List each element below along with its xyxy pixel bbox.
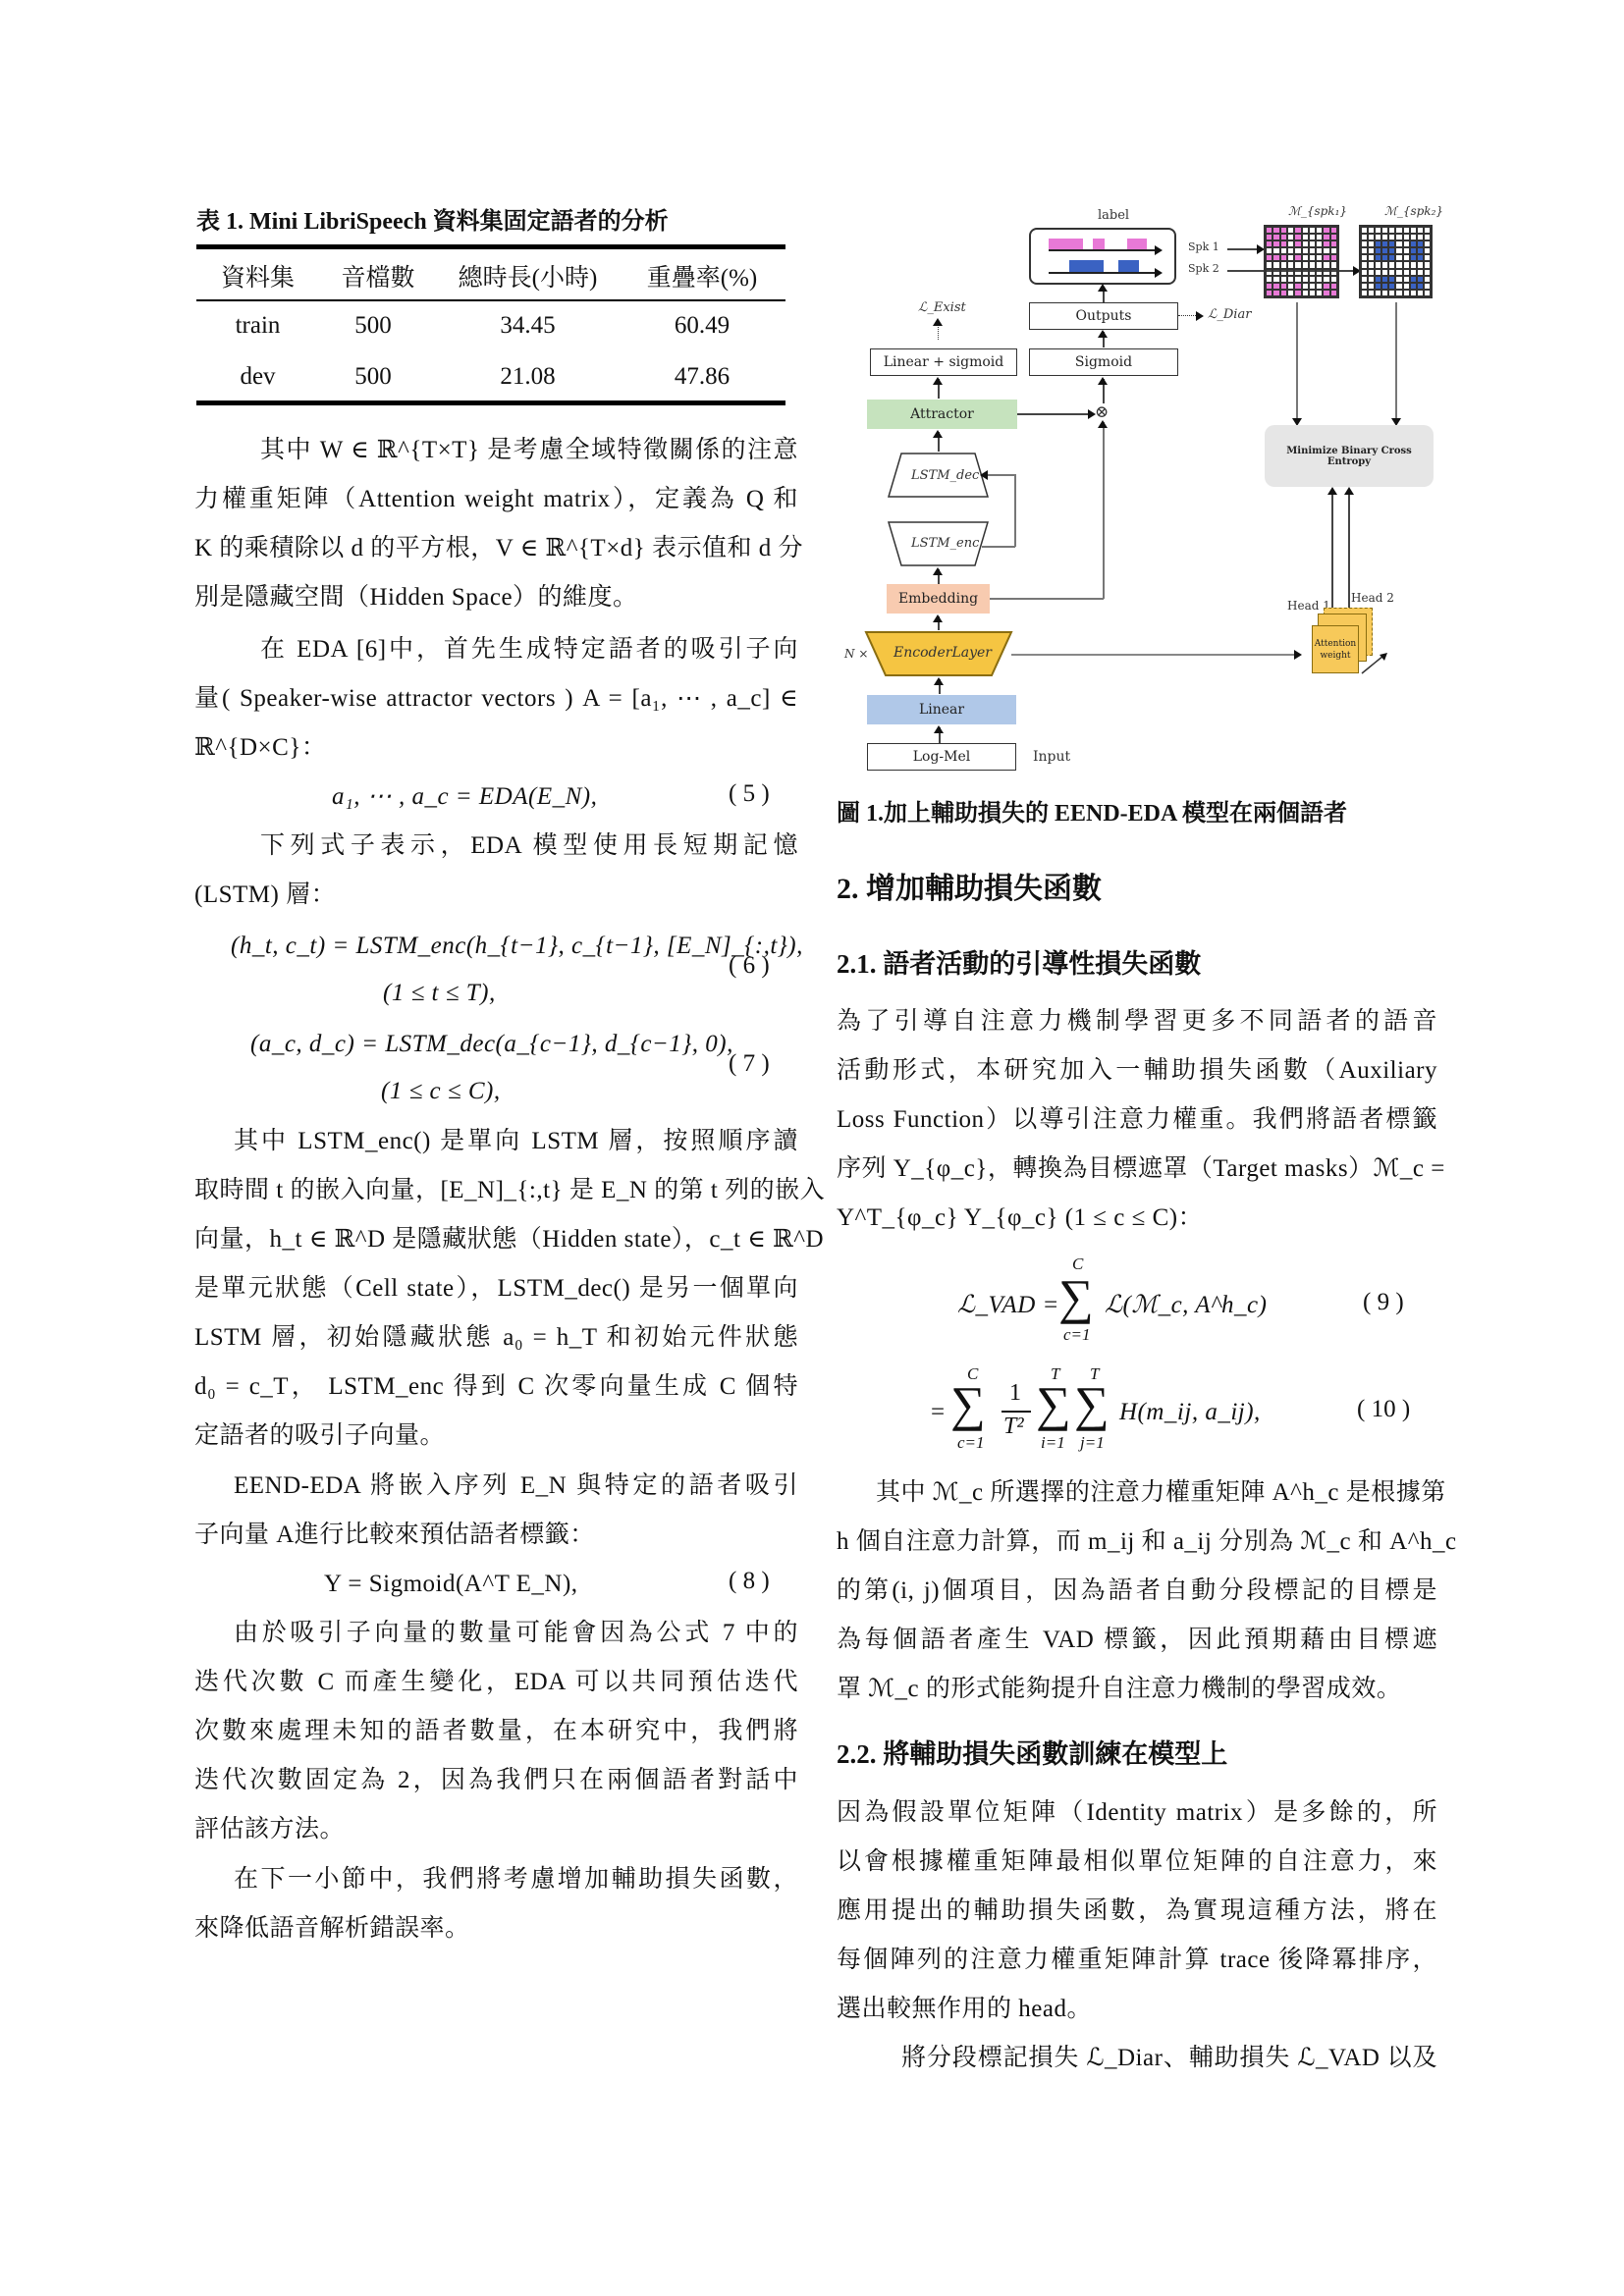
text-line: 因為假設單位矩陣（Identity matrix）是多餘的，所: [837, 1796, 1437, 1830]
mask-cell: [1388, 283, 1395, 290]
mask-cell: [1403, 234, 1410, 240]
linear-sigmoid-box: Linear + sigmoid: [870, 348, 1017, 376]
mask-cell: [1375, 247, 1381, 254]
table-cell: 34.45: [437, 312, 619, 340]
mask-cell: [1266, 276, 1272, 283]
summation-icon: ∑: [950, 1379, 986, 1428]
text-line: 取時間 t 的嵌入向量，[E_N]_{:,t} 是 E_N 的第 t 列的嵌入: [194, 1174, 798, 1207]
arrow-right-icon: [1294, 650, 1302, 660]
mask-cell: [1375, 290, 1381, 296]
text-line: 的第(i, j)個項目，因為語者自動分段標記的目標是: [837, 1575, 1437, 1608]
arrow-right-icon: [1088, 409, 1096, 419]
mask-cell: [1381, 283, 1388, 290]
mask-cell: [1302, 283, 1309, 290]
mask-cell: [1323, 234, 1329, 240]
spk2-segment: [1118, 260, 1139, 272]
attractor-box: Attractor: [867, 400, 1017, 429]
mask-cell: [1309, 234, 1316, 240]
mask-cell: [1381, 276, 1388, 283]
section-2-1-heading: 2.1. 語者活動的引導性損失函數: [837, 942, 1201, 981]
table-title: 表 1. Mini LibriSpeech 資料集固定語者的分析: [196, 201, 669, 236]
table-cell: 60.49: [619, 312, 785, 340]
mask-cell: [1323, 269, 1329, 276]
mask-cell: [1330, 283, 1337, 290]
text-line: 量( Speaker-wise attractor vectors ) A = …: [194, 682, 798, 716]
mask-cell: [1381, 227, 1388, 234]
mask-cell: [1368, 240, 1375, 247]
mask-cell: [1417, 290, 1424, 296]
equation-number: ( 7 ): [729, 1050, 770, 1078]
mask-cell: [1323, 261, 1329, 268]
mask-cell: [1361, 240, 1368, 247]
mask-cell: [1403, 290, 1410, 296]
arrow-up-icon: [933, 614, 943, 622]
equation-condition: (1 ≤ c ≤ C),: [381, 1075, 501, 1108]
mask-cell: [1361, 261, 1368, 268]
multiply-icon: ⊗: [1095, 402, 1109, 422]
mask-cell: [1424, 227, 1431, 234]
sum-bottom: c=1: [957, 1433, 985, 1453]
mask-cell: [1381, 269, 1388, 276]
arrow-up-icon: [1098, 420, 1108, 428]
mask-cell: [1417, 276, 1424, 283]
mask-cell: [1294, 254, 1301, 261]
sum-bottom: i=1: [1041, 1433, 1065, 1453]
embedding-to-otimes-line: [990, 598, 1104, 600]
attractor-label: Attractor: [910, 406, 974, 422]
arrow-up-icon: [933, 430, 943, 438]
mask-cell: [1424, 290, 1431, 296]
mask-cell: [1309, 283, 1316, 290]
lstm-enc-label: LSTM_enc: [911, 536, 979, 551]
arrow-right-icon: [1155, 245, 1163, 255]
table-header-cell: 資料集: [196, 258, 319, 294]
table-header-cell: 音檔數: [319, 258, 437, 294]
mask-cell: [1280, 254, 1287, 261]
mask-cell: [1410, 261, 1417, 268]
mask-cell: [1375, 254, 1381, 261]
mask-cell: [1417, 247, 1424, 254]
mask-cell: [1424, 283, 1431, 290]
text-line: 在下一小節中，我們將考慮增加輔助損失函數，: [234, 1863, 798, 1896]
mask-cell: [1316, 276, 1323, 283]
linear-box: Linear: [867, 695, 1016, 724]
mask-cell: [1302, 290, 1309, 296]
mask-cell: [1302, 254, 1309, 261]
mask-cell: [1294, 261, 1301, 268]
mask-spk2-grid: [1359, 225, 1433, 298]
arrow-up-icon: [933, 318, 943, 326]
text-line: 每個陣列的注意力權重矩陣計算 trace 後降冪排序，: [837, 1944, 1437, 1977]
mask-cell: [1375, 227, 1381, 234]
mask-cell: [1403, 283, 1410, 290]
mask-cell: [1309, 247, 1316, 254]
table-cell: train: [196, 312, 319, 340]
spk2-label: Spk 2: [1188, 262, 1219, 275]
text-line: 活動形式，本研究加入一輔助損失函數（Auxiliary: [837, 1054, 1437, 1088]
text-line: 應用提出的輔助損失函數，為實現這種方法，將在: [837, 1895, 1437, 1928]
mask-cell: [1330, 254, 1337, 261]
text-line: ℝ^{D×C}：: [194, 731, 326, 765]
mask-cell: [1388, 276, 1395, 283]
table-cell: 21.08: [437, 363, 619, 391]
sum-bottom: c=1: [1063, 1325, 1091, 1345]
fraction-numerator: 1: [1009, 1380, 1021, 1407]
mask-cell: [1266, 227, 1272, 234]
mask-cell: [1294, 290, 1301, 296]
text-line: K 的乘積除以 d 的平方根，V ∈ ℝ^{T×d} 表示值和 d 分: [194, 532, 798, 565]
mask-cell: [1330, 227, 1337, 234]
mask-cell: [1395, 240, 1402, 247]
mask-cell: [1410, 227, 1417, 234]
spk2-segment: [1069, 260, 1104, 272]
mask-cell: [1323, 254, 1329, 261]
mask-cell: [1287, 283, 1294, 290]
arrow-up-icon: [1098, 377, 1108, 385]
mask-cell: [1302, 227, 1309, 234]
mask-cell: [1388, 240, 1395, 247]
section-2-heading: 2. 增加輔助損失函數: [837, 864, 1102, 907]
mask-cell: [1287, 240, 1294, 247]
mask-cell: [1287, 254, 1294, 261]
text-line: 評估該方法。: [194, 1813, 345, 1846]
arrow-up-icon: [1098, 330, 1108, 338]
mask-cell: [1395, 290, 1402, 296]
table-header-cell: 總時長(小時): [437, 258, 619, 294]
embedding-label: Embedding: [898, 591, 978, 607]
mask-cell: [1381, 234, 1388, 240]
mask-cell: [1403, 254, 1410, 261]
mask-cell: [1323, 283, 1329, 290]
mask-cell: [1316, 283, 1323, 290]
mask-cell: [1403, 276, 1410, 283]
text-line: 序列 Y_{φ_c}，轉換為目標遮罩（Target masks）ℳ_c =: [837, 1152, 1437, 1186]
log-mel-label: Log-Mel: [913, 749, 971, 765]
text-line: 力權重矩陣（Attention weight matrix），定義為 Q 和: [194, 483, 798, 516]
mask-cell: [1280, 276, 1287, 283]
mask-cell: [1294, 227, 1301, 234]
mask-cell: [1395, 247, 1402, 254]
mask-cell: [1266, 269, 1272, 276]
mask-cell: [1309, 290, 1316, 296]
text-line: (LSTM) 層：: [194, 879, 336, 912]
spk1-segment: [1049, 239, 1083, 249]
equation-rhs: H(m_ij, a_ij),: [1119, 1396, 1261, 1429]
mask-cell: [1309, 261, 1316, 268]
text-line: EEND-EDA 將嵌入序列 E_N 與特定的語者吸引: [234, 1469, 798, 1503]
mask-cell: [1266, 247, 1272, 254]
mask-cell: [1309, 254, 1316, 261]
equation-number: ( 10 ): [1357, 1396, 1410, 1423]
mask-cell: [1417, 227, 1424, 234]
arrow-left-icon: [980, 470, 988, 480]
mask-cell: [1316, 240, 1323, 247]
text-line: d₀ = c_T， LSTM_enc 得到 C 次零向量生成 C 個特: [194, 1370, 798, 1404]
mask-cell: [1272, 247, 1279, 254]
table-cell: 500: [319, 312, 427, 340]
mask-cell: [1287, 261, 1294, 268]
mask-cell: [1294, 247, 1301, 254]
text-line: 來降低語音解析錯誤率。: [194, 1912, 470, 1946]
mask-cell: [1388, 234, 1395, 240]
equation-number: ( 5 ): [729, 780, 770, 808]
mask-cell: [1272, 283, 1279, 290]
text-line: 將分段標記損失 ℒ_Diar、輔助損失 ℒ_VAD 以及: [901, 2042, 1437, 2075]
mask-cell: [1368, 254, 1375, 261]
mask-cell: [1272, 276, 1279, 283]
bce-label: Minimize Binary Cross Entropy: [1284, 446, 1414, 467]
mask-cell: [1403, 227, 1410, 234]
mask-cell: [1417, 240, 1424, 247]
equation-rhs: ℒ(ℳ_c, A^h_c): [1105, 1289, 1267, 1322]
mask-cell: [1410, 240, 1417, 247]
mask-cell: [1280, 269, 1287, 276]
text-line: 以會根據權重矩陣最相似單位矩陣的自注意力，來: [837, 1845, 1437, 1879]
mask-cell: [1330, 240, 1337, 247]
mask-cell: [1375, 261, 1381, 268]
mask-cell: [1368, 247, 1375, 254]
mask-cell: [1424, 261, 1431, 268]
text-line: h 個自注意力計算，而 m_ij 和 a_ij 分別為 ℳ_c 和 A^h_c: [837, 1525, 1437, 1559]
mask-cell: [1361, 234, 1368, 240]
mask-cell: [1280, 227, 1287, 234]
mask-cell: [1403, 240, 1410, 247]
mask-cell: [1280, 240, 1287, 247]
equation-condition: (1 ≤ t ≤ T),: [383, 977, 496, 1010]
mask-cell: [1272, 240, 1279, 247]
embedding-to-otimes-line: [1103, 422, 1105, 599]
encoder-to-attention-line: [1011, 654, 1296, 656]
mask-cell: [1410, 254, 1417, 261]
mask-cell: [1302, 269, 1309, 276]
mask-cell: [1280, 283, 1287, 290]
mask-cell: [1272, 227, 1279, 234]
mask-spk1-grid: [1264, 225, 1339, 298]
mask-cell: [1381, 254, 1388, 261]
mask-cell: [1424, 247, 1431, 254]
equation-body: a₁, ⋯ , a_c = EDA(E_N),: [332, 780, 597, 814]
mask-cell: [1361, 290, 1368, 296]
arrow-up-icon: [1098, 284, 1108, 292]
mask-cell: [1381, 261, 1388, 268]
arrow-right-icon: [1196, 311, 1204, 321]
mask-cell: [1381, 290, 1388, 296]
mask-cell: [1395, 234, 1402, 240]
text-line: 迭代次數固定為 2，因為我們只在兩個語者對話中: [194, 1764, 798, 1797]
text-line: 為了引導自注意力機制學習更多不同語者的語音: [837, 1005, 1437, 1039]
text-line: 次數來處理未知的語者數量，在本研究中，我們將: [194, 1715, 798, 1748]
table-cell: 500: [319, 363, 427, 391]
mask-cell: [1368, 227, 1375, 234]
mask-cell: [1280, 290, 1287, 296]
mask-cell: [1403, 247, 1410, 254]
mask-cell: [1272, 261, 1279, 268]
log-mel-box: Log-Mel: [867, 743, 1016, 771]
text-line: 在 EDA [6]中，首先生成特定語者的吸引子向: [260, 633, 798, 667]
mask-cell: [1424, 276, 1431, 283]
linear-label: Linear: [919, 702, 964, 718]
mask-cell: [1424, 269, 1431, 276]
mask-spk2-label: ℳ_{spk₂}: [1384, 204, 1443, 218]
attention-weight-box: Attention weight: [1312, 625, 1359, 673]
mask-cell: [1287, 247, 1294, 254]
mask-cell: [1309, 276, 1316, 283]
text-line: 其中 LSTM_enc() 是單向 LSTM 層，按照順序讀: [234, 1125, 798, 1158]
equation-eq: =: [931, 1396, 946, 1429]
mask-cell: [1368, 290, 1375, 296]
mask-cell: [1323, 276, 1329, 283]
text-line: 別是隱藏空間（Hidden Space）的維度。: [194, 581, 638, 614]
table-mid-rule: [196, 299, 785, 301]
mask-cell: [1381, 247, 1388, 254]
equation-body: Y = Sigmoid(A^T E_N),: [324, 1568, 578, 1601]
mask-cell: [1375, 240, 1381, 247]
mask-cell: [1330, 276, 1337, 283]
mask-cell: [1316, 254, 1323, 261]
mask-cell: [1316, 269, 1323, 276]
text-line: 選出較無作用的 head。: [837, 1993, 1092, 2026]
encoder-layer-label: EncoderLayer: [893, 645, 992, 661]
table-bottom-rule: [196, 400, 785, 405]
mask-cell: [1410, 283, 1417, 290]
mask-cell: [1403, 269, 1410, 276]
equation-body: (a_c, d_c) = LSTM_dec(a_{c−1}, d_{c−1}, …: [250, 1028, 733, 1061]
mask-cell: [1410, 269, 1417, 276]
mask-cell: [1395, 269, 1402, 276]
table-cell: dev: [196, 363, 319, 391]
mask-cell: [1395, 261, 1402, 268]
mask-cell: [1388, 254, 1395, 261]
mask-cell: [1280, 261, 1287, 268]
text-line: 迭代次數 C 而產生變化，EDA 可以共同預估迭代: [194, 1666, 798, 1699]
mask-cell: [1330, 261, 1337, 268]
mask-cell: [1294, 269, 1301, 276]
mask-cell: [1361, 276, 1368, 283]
mask-cell: [1272, 234, 1279, 240]
mask-cell: [1417, 261, 1424, 268]
mask-cell: [1410, 276, 1417, 283]
text-line: 定語者的吸引子向量。: [194, 1419, 445, 1453]
outputs-label: Outputs: [1076, 308, 1132, 324]
mask-cell: [1294, 234, 1301, 240]
outputs-to-ldiar-line: [1178, 315, 1198, 318]
section-2-2-heading: 2.2. 將輔助損失函數訓練在模型上: [837, 1733, 1227, 1771]
arrow-up-icon: [934, 677, 944, 685]
mask-cell: [1388, 261, 1395, 268]
mask-cell: [1361, 269, 1368, 276]
mask-cell: [1368, 234, 1375, 240]
mask-cell: [1316, 227, 1323, 234]
mask-cell: [1368, 261, 1375, 268]
summation-icon: ∑: [1058, 1272, 1094, 1321]
equation-body: (h_t, c_t) = LSTM_enc(h_{t−1}, c_{t−1}, …: [231, 930, 803, 963]
mask-cell: [1323, 227, 1329, 234]
input-label: Input: [1033, 749, 1070, 765]
mask-cell: [1294, 240, 1301, 247]
head2-line: [1348, 493, 1350, 618]
spk1-label: Spk 1: [1188, 240, 1219, 253]
sigmoid-box: Sigmoid: [1029, 348, 1178, 376]
spk2-timeline: [1049, 272, 1157, 274]
mask-cell: [1395, 227, 1402, 234]
arrow-up-icon: [1327, 487, 1337, 495]
mask-cell: [1361, 227, 1368, 234]
mask-cell: [1330, 247, 1337, 254]
mask-cell: [1424, 234, 1431, 240]
text-line: 子向量 A進行比較來預估語者標籤：: [194, 1519, 595, 1552]
text-line: 其中 ℳ_c 所選擇的注意力權重矩陣 A^h_c 是根據第: [876, 1476, 1437, 1510]
fraction-bar: [1001, 1411, 1031, 1413]
mask-cell: [1323, 290, 1329, 296]
mask-cell: [1287, 234, 1294, 240]
mask-cell: [1287, 227, 1294, 234]
mask-cell: [1316, 290, 1323, 296]
mask-cell: [1388, 227, 1395, 234]
arrow-up-icon: [1344, 487, 1354, 495]
linear-sigmoid-label: Linear + sigmoid: [884, 354, 1004, 370]
mask-cell: [1272, 269, 1279, 276]
mask-cell: [1395, 254, 1402, 261]
equation-number: ( 6 ): [729, 952, 770, 980]
mask-cell: [1361, 283, 1368, 290]
mask-cell: [1272, 254, 1279, 261]
bce-box: Minimize Binary Cross Entropy: [1265, 425, 1434, 487]
mask-cell: [1417, 269, 1424, 276]
equation-lhs: ℒ_VAD =: [957, 1289, 1059, 1322]
mask-cell: [1395, 276, 1402, 283]
attention-weight-label: Attention weight: [1313, 638, 1358, 662]
depth-arrow-icon: [1360, 651, 1389, 675]
mask-cell: [1368, 283, 1375, 290]
arrow-up-icon: [933, 567, 943, 575]
mask-cell: [1294, 283, 1301, 290]
text-line: Y^T_{φ_c} Y_{φ_c} (1 ≤ c ≤ C)：: [837, 1201, 1203, 1235]
attractor-to-otimes-line: [1017, 413, 1091, 415]
mask-cell: [1266, 254, 1272, 261]
mask-cell: [1266, 261, 1272, 268]
mask2-to-bce-line: [1395, 302, 1397, 420]
mask-cell: [1287, 276, 1294, 283]
mask-cell: [1410, 247, 1417, 254]
table-header-cell: 重疊率(%): [619, 258, 785, 294]
head2-label: Head 2: [1351, 591, 1394, 605]
mask1-to-bce-line: [1296, 302, 1298, 420]
embedding-box: Embedding: [887, 584, 990, 614]
mask-cell: [1388, 269, 1395, 276]
text-line: 向量，h_t ∈ ℝ^D 是隱藏狀態（Hidden state），c_t ∈ ℝ…: [194, 1223, 798, 1256]
mask-cell: [1266, 240, 1272, 247]
enc-loop-bottom: [982, 546, 1015, 548]
equation-number: ( 8 ): [729, 1568, 770, 1595]
mask-cell: [1316, 234, 1323, 240]
l-diar-label: ℒ_Diar: [1208, 307, 1251, 322]
mask-cell: [1272, 290, 1279, 296]
mask-cell: [1280, 247, 1287, 254]
text-line: 下列式子表示，EDA 模型使用長短期記憶: [260, 829, 798, 863]
mask-cell: [1361, 247, 1368, 254]
mask-cell: [1424, 240, 1431, 247]
mask-cell: [1424, 254, 1431, 261]
text-line: 為每個語者產生 VAD 標籤，因此預期藉由目標遮: [837, 1624, 1437, 1657]
table-cell: 47.86: [619, 363, 785, 391]
mask-cell: [1309, 227, 1316, 234]
equation-number: ( 9 ): [1363, 1289, 1404, 1316]
mask-cell: [1410, 290, 1417, 296]
sigmoid-label: Sigmoid: [1075, 354, 1132, 370]
mask-cell: [1375, 276, 1381, 283]
mask-cell: [1302, 240, 1309, 247]
summation-icon: ∑: [1036, 1379, 1071, 1428]
